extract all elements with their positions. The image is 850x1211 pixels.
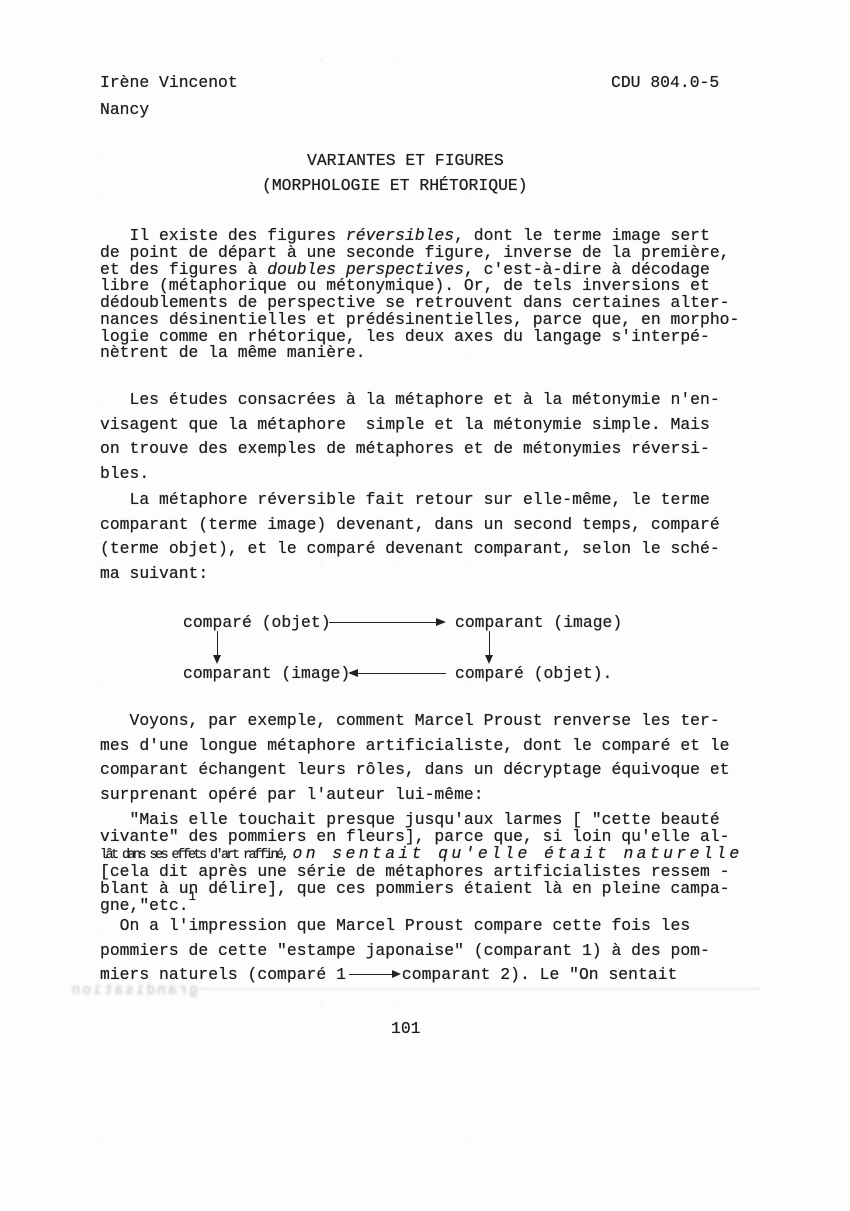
page-number: 101 <box>391 1019 421 1038</box>
diagram-label-comparant-image-bottom: comparant (image) <box>183 664 350 683</box>
text-line: bles. <box>100 466 720 483</box>
text-line: Voyons, par exemple, comment Marcel Prou… <box>100 713 730 730</box>
text-line: La métaphore réversible fait retour sur … <box>100 492 720 509</box>
text-line: comparant (terme image) devenant, dans u… <box>100 517 720 534</box>
text-line: pommiers de cette "estampe japonaise" (c… <box>100 943 710 960</box>
diagram-label-comparant-image-top: comparant (image) <box>455 613 622 632</box>
document-title: VARIANTES ET FIGURES <box>307 151 504 170</box>
arrow-down-icon <box>217 631 218 656</box>
diagram-label-compare-objet-top: comparé (objet) <box>183 613 331 632</box>
paragraph-4: Voyons, par exemple, comment Marcel Prou… <box>100 713 730 811</box>
header-author: Irène Vincenot <box>100 73 238 92</box>
text-line: miers naturels (comparé 1comparant 2). L… <box>100 967 710 984</box>
header-classification: CDU 804.0-5 <box>611 73 719 92</box>
diagram-label-compare-objet-bottom: comparé (objet). <box>455 664 612 683</box>
header-city: Nancy <box>100 100 149 119</box>
paragraph-2: Les études consacrées à la métaphore et … <box>100 392 720 490</box>
arrow-left-icon <box>350 673 446 674</box>
quote-block: "Mais elle touchait presque jusqu'aux la… <box>100 812 743 916</box>
scanned-document-page: Irène Vincenot Nancy CDU 804.0-5 VARIANT… <box>0 0 850 1211</box>
paragraph-5: On a l'impression que Marcel Proust comp… <box>100 918 710 992</box>
text-line: On a l'impression que Marcel Proust comp… <box>100 918 710 935</box>
text-line: mes d'une longue métaphore artificialist… <box>100 738 730 755</box>
text-line: Les études consacrées à la métaphore et … <box>100 392 720 409</box>
text-line: (terme objet), et le comparé devenant co… <box>100 541 720 558</box>
ink-bleed-artifact: grandisation <box>70 983 198 999</box>
arrow-down-icon <box>489 631 490 656</box>
arrow-right-icon <box>329 622 444 623</box>
paragraph-3: La métaphore réversible fait retour sur … <box>100 492 720 590</box>
document-subtitle: (MORPHOLOGIE ET RHÉTORIQUE) <box>262 176 528 195</box>
text-line: blant à un délire], que ces pommiers éta… <box>100 881 743 898</box>
text-line: nètrent de la même manière. <box>100 345 739 362</box>
text-line: ma suivant: <box>100 566 720 583</box>
text-line: comparant échangent leurs rôles, dans un… <box>100 762 730 779</box>
text-line: gne,"etc.1 <box>100 898 743 916</box>
ink-bleed-dots <box>200 988 760 998</box>
text-line: on trouve des exemples de métaphores et … <box>100 441 720 458</box>
text-line: surprenant opéré par l'auteur lui-même: <box>100 787 730 804</box>
text-line: visagent que la métaphore simple et la m… <box>100 417 720 434</box>
paragraph-1: Il existe des figures réversibles, dont … <box>100 228 739 362</box>
